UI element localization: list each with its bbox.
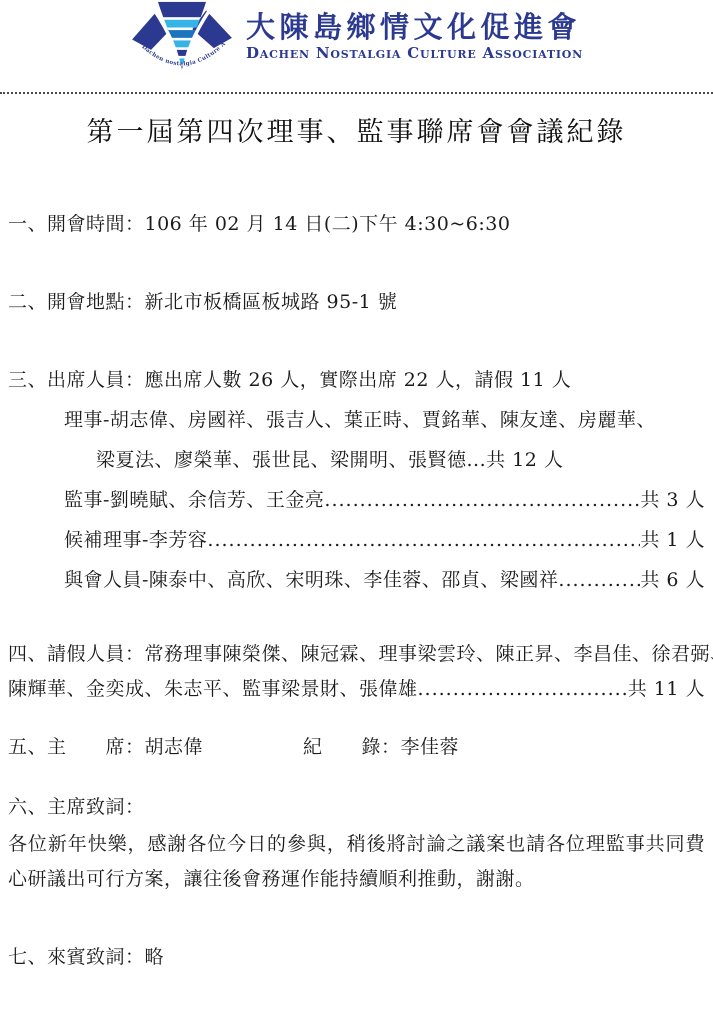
alternate-director-count: 共 1 人 [640,526,705,554]
line-absentees-1: 四、請假人員：常務理事陳榮傑、陳冠霖、理事梁雲玲、陳正昇、李昌佳、徐君弼、 [8,640,705,668]
line-alternate-director: 候補理事-李芳容 ...............................… [8,526,705,554]
chairman-speech-body: 各位新年快樂，感謝各位今日的參與，稍後將討論之議案也請各位理監事共同費心研議出可… [8,827,705,897]
line-supervisors: 監事-劉曉賦、余信芳、王金亮 .........................… [8,486,705,514]
document-page: Dachen nostalgia Culture Association 大陳島… [0,0,713,1024]
dot-leader: ........................................… [207,526,640,554]
document-title: 第一屆第四次理事、監事聯席會會議紀錄 [8,110,705,156]
line-chairman-speech-head: 六、主席致詞： [8,793,705,821]
dot-leader: ........................................… [324,486,640,514]
line-meeting-place: 二、開會地點：新北市板橋區板城路 95-1 號 [8,288,705,316]
supervisors-count: 共 3 人 [640,486,705,514]
line-guest-speech: 七、來賓致詞：略 [8,943,705,971]
letterhead: Dachen nostalgia Culture Association 大陳島… [8,0,705,88]
dot-leader: ........................................… [558,566,640,594]
alternate-director-name: 候補理事-李芳容 [64,526,207,554]
association-emblem-logo: Dachen nostalgia Culture Association [130,0,234,86]
line-chairman-recorder: 五、主 席：胡志偉 紀 錄：李佳蓉 [8,733,705,761]
emblem-left-kite [132,12,169,50]
line-attendance-head: 三、出席人員：應出席人數 26 人，實際出席 22 人，請假 11 人 [8,366,705,394]
line-absentees-2: 陳輝華、金奕成、朱志平、監事梁景財、張偉雄 ..................… [8,675,705,703]
absentees-names: 陳輝華、金奕成、朱志平、監事梁景財、張偉雄 [8,675,418,703]
line-participants: 與會人員-陳泰中、高欣、宋明珠、李佳蓉、邵貞、梁國祥 .............… [8,566,705,594]
participants-count: 共 6 人 [640,566,705,594]
recorder-label-name: 紀 錄：李佳蓉 [303,733,459,761]
absentees-count: 共 11 人 [628,675,705,703]
supervisors-names: 監事-劉曉賦、余信芳、王金亮 [64,486,324,514]
document-body: 一、開會時間：106 年 02 月 14 日(二)下午 4:30~6:30 二、… [8,210,705,971]
line-directors-1: 理事-胡志偉、房國祥、張吉人、葉正時、賈銘華、陳友達、房麗華、 [8,406,705,434]
line-directors-2: 梁夏法、廖榮華、張世昆、梁開明、張賢德...共 12 人 [8,446,705,474]
logo-text-block: 大陳島鄉情文化促進會 Dachen Nostalgia Culture Asso… [246,10,583,62]
participants-names: 與會人員-陳泰中、高欣、宋明珠、李佳蓉、邵貞、梁國祥 [64,566,558,594]
chairman-label-name: 五、主 席：胡志偉 [8,733,203,761]
line-meeting-time: 一、開會時間：106 年 02 月 14 日(二)下午 4:30~6:30 [8,210,705,238]
dotted-divider [0,92,713,94]
org-name-english: Dachen Nostalgia Culture Association [246,44,583,62]
org-name-chinese: 大陳島鄉情文化促進會 [246,10,583,44]
dot-leader: ........................................… [418,675,628,703]
